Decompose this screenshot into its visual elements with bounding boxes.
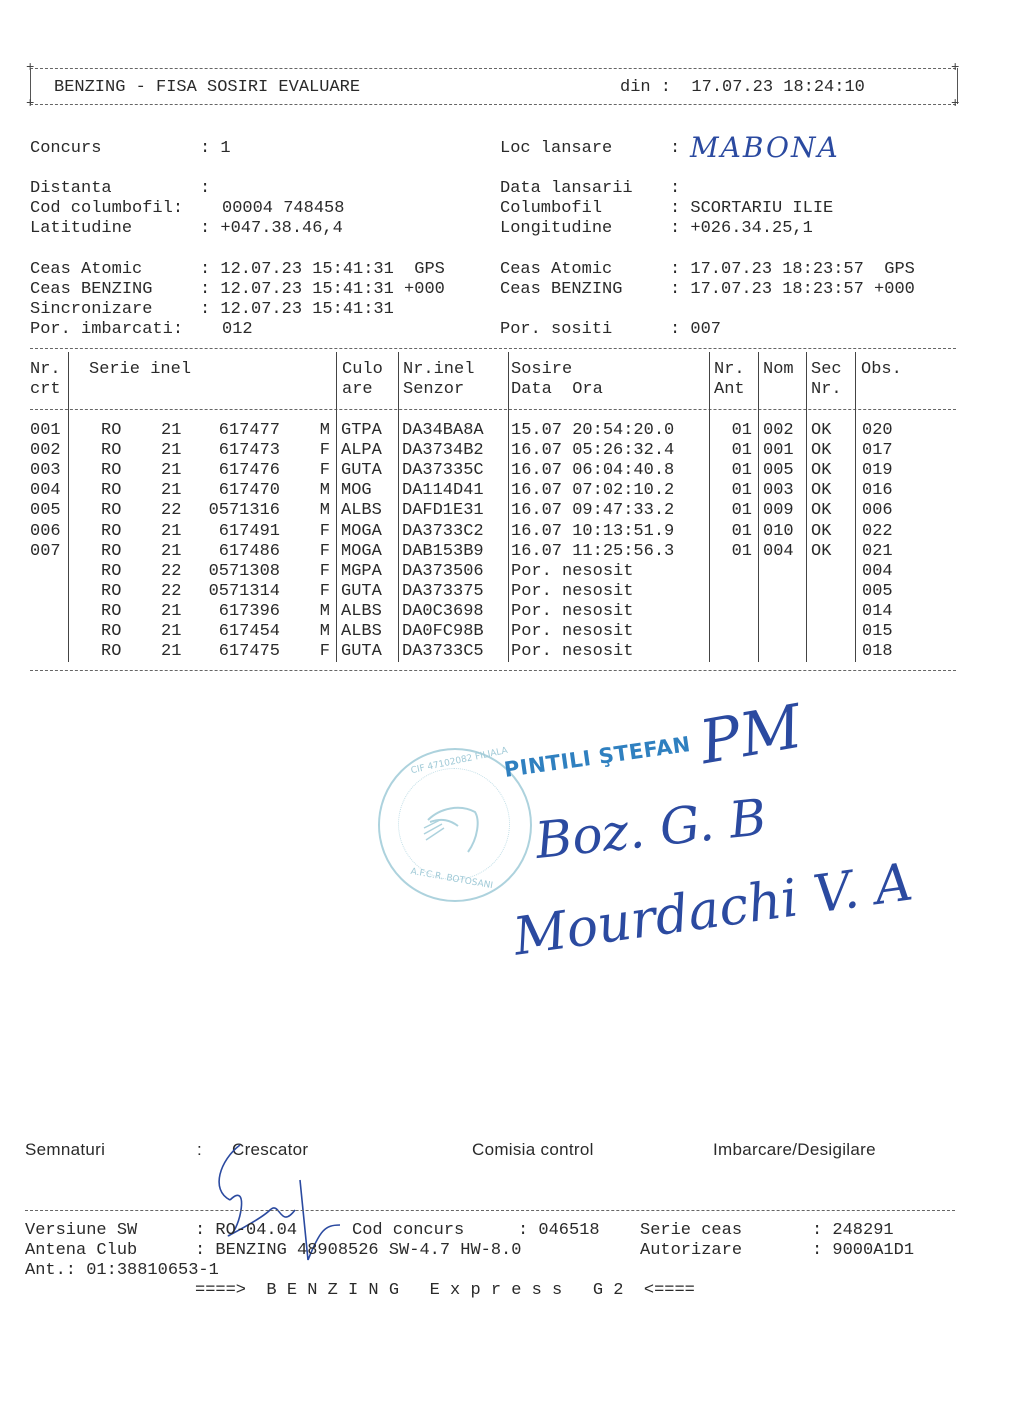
row-nr: 006 [30, 522, 61, 542]
obs: 006 [862, 501, 893, 521]
header-nr-inel: Nr.inel [403, 360, 474, 380]
arrival-time: 16.07 06:04:40.8 [511, 461, 674, 481]
antenna-nr: 01 [732, 441, 752, 461]
arrival-time: 16.07 07:02:10.2 [511, 481, 674, 501]
arrival-time: 15.07 20:54:20.0 [511, 421, 674, 441]
obs: 019 [862, 461, 893, 481]
latitudine-value: : +047.38.46,4 [200, 219, 343, 239]
concurs-value-text: 1 [220, 139, 230, 158]
antena-club-text: BENZING 48908526 SW-4.7 HW-8.0 [215, 1241, 521, 1260]
sec-status: OK [811, 441, 831, 461]
color: GUTA [341, 642, 382, 662]
ring-number: 0571308 [209, 562, 280, 582]
signature-3: Mourdachi V. A [510, 852, 916, 967]
ring-number: 617491 [219, 522, 280, 542]
ring-year: 21 [161, 481, 181, 501]
autorizare-value: : 9000A1D1 [812, 1241, 914, 1261]
por-imbarcati-label: Por. imbarcati: [30, 320, 183, 340]
obs: 018 [862, 642, 893, 662]
ceas-benzing-start-time: 12.07.23 15:41:31 [220, 280, 393, 299]
sincronizare-value: : 12.07.23 15:41:31 [200, 300, 394, 320]
col-divider [855, 352, 856, 662]
ring-year: 21 [161, 461, 181, 481]
ring-country: RO [101, 501, 121, 521]
ring-number: 617475 [219, 642, 280, 662]
antenna-nr: 01 [732, 522, 752, 542]
sec-status: OK [811, 542, 831, 562]
autorizare-text: 9000A1D1 [832, 1241, 914, 1260]
ceas-atomic-end-suffix: GPS [884, 260, 915, 279]
row-nr: 007 [30, 542, 61, 562]
cod-concurs-value: : 046518 [518, 1221, 600, 1241]
arrival-time: Por. nesosit [511, 562, 633, 582]
ring-country: RO [101, 461, 121, 481]
col-divider [398, 352, 399, 662]
ring-country: RO [101, 602, 121, 622]
latitudine-value-text: +047.38.46,4 [220, 219, 342, 238]
ring-year: 21 [161, 602, 181, 622]
arrival-time: Por. nesosit [511, 582, 633, 602]
ring-number: 617473 [219, 441, 280, 461]
sensor-id: DA373375 [402, 582, 484, 602]
ceas-atomic-start-suffix: GPS [414, 260, 445, 279]
col-divider [508, 352, 509, 662]
loc-lansare-value-handwritten: MABONA [690, 131, 840, 164]
ring-country: RO [101, 421, 121, 441]
ring-year: 22 [161, 501, 181, 521]
document-date: din : 17.07.23 18:24:10 [620, 78, 865, 98]
serie-ceas-value: : 248291 [812, 1221, 894, 1241]
obs: 017 [862, 441, 893, 461]
ceas-atomic-start-value: : 12.07.23 15:41:31 GPS [200, 260, 445, 280]
ceas-atomic-end-time: 17.07.23 18:23:57 [690, 260, 863, 279]
ring-number: 617454 [219, 622, 280, 642]
sex: F [320, 522, 330, 542]
col-divider [758, 352, 759, 662]
header-crt: crt [30, 380, 61, 400]
sensor-id: DA3733C5 [402, 642, 484, 662]
antena-club-label: Antena Club [25, 1241, 137, 1261]
arrival-time: 16.07 09:47:33.2 [511, 501, 674, 521]
ring-year: 21 [161, 542, 181, 562]
color: GUTA [341, 582, 382, 602]
header-bottom-border [30, 104, 956, 105]
ring-year: 21 [161, 441, 181, 461]
obs: 004 [862, 562, 893, 582]
arrival-time: Por. nesosit [511, 602, 633, 622]
nom: 005 [763, 461, 794, 481]
por-sositi-value: : 007 [670, 320, 721, 340]
signature-2: Boz. G. B [533, 788, 769, 870]
versiune-sw-text: RO-04.04 [215, 1221, 297, 1240]
obs: 014 [862, 602, 893, 622]
color: ALPA [341, 441, 382, 461]
serie-ceas-label: Serie ceas [640, 1221, 742, 1241]
header-culoare-2: are [342, 380, 373, 400]
row-nr: 001 [30, 421, 61, 441]
header-sec-nr: Nr. [811, 380, 842, 400]
sensor-id: DA114D41 [402, 481, 484, 501]
sensor-id: DA0C3698 [402, 602, 484, 622]
color: ALBS [341, 602, 382, 622]
obs: 021 [862, 542, 893, 562]
cod-columbofil-label: Cod columbofil: [30, 199, 183, 219]
sex: M [320, 602, 330, 622]
sex: F [320, 542, 330, 562]
ant-line: Ant.: 01:38810653-1 [25, 1261, 219, 1281]
pigeon-icon [420, 790, 490, 860]
ring-country: RO [101, 622, 121, 642]
loc-lansare-colon: : [670, 139, 680, 159]
date-value: 17.07.23 18:24:10 [691, 78, 864, 97]
corner: + [951, 97, 959, 111]
ring-number: 617470 [219, 481, 280, 501]
antenna-nr: 01 [732, 501, 752, 521]
concurs-label: Concurs [30, 139, 101, 158]
ceas-benzing-start-label: Ceas BENZING [30, 280, 152, 300]
ring-country: RO [101, 441, 121, 461]
ring-number: 617476 [219, 461, 280, 481]
sex: F [320, 642, 330, 662]
sec-status: OK [811, 501, 831, 521]
ring-number: 0571314 [209, 582, 280, 602]
sex: M [320, 481, 330, 501]
cod-columbofil-label-text: Cod columbofil [30, 199, 173, 218]
document-title: BENZING - FISA SOSIRI EVALUARE [54, 78, 360, 98]
col-divider [709, 352, 710, 662]
sex: F [320, 461, 330, 481]
sincronizare-time: 12.07.23 15:41:31 [220, 300, 393, 319]
ceas-atomic-start-label: Ceas Atomic [30, 260, 142, 280]
antenna-nr: 01 [732, 481, 752, 501]
comisia-label: Comisia control [472, 1140, 594, 1160]
ring-number: 617486 [219, 542, 280, 562]
sex: F [320, 562, 330, 582]
header-senzor: Senzor [403, 380, 464, 400]
row-nr: 004 [30, 481, 61, 501]
header-nr-ant: Nr. [714, 360, 745, 380]
ring-year: 21 [161, 622, 181, 642]
sensor-id: DA3733C2 [402, 522, 484, 542]
longitudine-value: : +026.34.25,1 [670, 219, 813, 239]
table-top-border [30, 348, 956, 349]
data-lansarii-value: : [670, 179, 690, 199]
longitudine-value-text: +026.34.25,1 [690, 219, 812, 238]
color: GTPA [341, 421, 382, 441]
antena-club-value: : BENZING 48908526 SW-4.7 HW-8.0 [195, 1241, 521, 1261]
header-serie-inel: Serie inel [89, 360, 191, 380]
col-divider [806, 352, 807, 662]
color: MOGA [341, 522, 382, 542]
autorizare-label: Autorizare [640, 1241, 742, 1261]
header-obs: Obs. [861, 360, 902, 380]
antenna-nr: 01 [732, 542, 752, 562]
sensor-id: DA37335C [402, 461, 484, 481]
ceas-atomic-end-value: : 17.07.23 18:23:57 GPS [670, 260, 915, 280]
por-imbarcati-value: 012 [222, 320, 253, 340]
antenna-nr: 01 [732, 461, 752, 481]
ring-country: RO [101, 522, 121, 542]
cod-columbofil-value: 00004 748458 [222, 199, 344, 219]
ring-country: RO [101, 562, 121, 582]
color: MGPA [341, 562, 382, 582]
footer-divider [25, 1210, 955, 1211]
header-culoare-1: Culo [342, 360, 383, 380]
sensor-id: DA0FC98B [402, 622, 484, 642]
sensor-id: DAFD1E31 [402, 501, 484, 521]
ceas-benzing-start-suffix: +000 [404, 280, 445, 299]
nom: 004 [763, 542, 794, 562]
columbofil-value: : SCORTARIU ILIE [670, 199, 833, 219]
loc-lansare-label: Loc lansare [500, 139, 612, 159]
sec-status: OK [811, 522, 831, 542]
corner: + [26, 97, 34, 111]
imbarcare-label: Imbarcare/Desigilare [713, 1140, 876, 1160]
cod-concurs-label: Cod concurs [352, 1221, 464, 1241]
nom: 003 [763, 481, 794, 501]
nom: 002 [763, 421, 794, 441]
ring-country: RO [101, 542, 121, 562]
ring-year: 21 [161, 421, 181, 441]
color: MOGA [341, 542, 382, 562]
sensor-id: DAB153B9 [402, 542, 484, 562]
header-ant: Ant [714, 380, 745, 400]
official-name-stamp: PINTILI ŞTEFAN [503, 732, 692, 782]
obs: 015 [862, 622, 893, 642]
ring-number: 617477 [219, 421, 280, 441]
columbofil-label: Columbofil [500, 199, 602, 219]
ring-year: 21 [161, 642, 181, 662]
obs: 020 [862, 421, 893, 441]
col-divider [336, 352, 337, 662]
color: ALBS [341, 622, 382, 642]
sensor-id: DA34BA8A [402, 421, 484, 441]
benzing-express-banner: ====> B E N Z I N G E x p r e s s G 2 <=… [195, 1281, 695, 1301]
color: MOG [341, 481, 372, 501]
por-imbarcati-label-text: Por. imbarcati [30, 320, 173, 339]
longitudine-label: Longitudine [500, 219, 612, 239]
ring-year: 22 [161, 562, 181, 582]
color: ALBS [341, 501, 382, 521]
por-sositi-count: 007 [690, 320, 721, 339]
row-nr: 005 [30, 501, 61, 521]
obs: 016 [862, 481, 893, 501]
serie-ceas-text: 248291 [832, 1221, 893, 1240]
ceas-benzing-end-time: 17.07.23 18:23:57 [690, 280, 863, 299]
nom: 010 [763, 522, 794, 542]
ring-country: RO [101, 481, 121, 501]
sec-status: OK [811, 421, 831, 441]
arrival-time: 16.07 10:13:51.9 [511, 522, 674, 542]
row-nr: 003 [30, 461, 61, 481]
cod-concurs-text: 046518 [538, 1221, 599, 1240]
arrival-time: 16.07 05:26:32.4 [511, 441, 674, 461]
date-label: din : [620, 78, 671, 97]
ring-country: RO [101, 642, 121, 662]
nom: 009 [763, 501, 794, 521]
ceas-benzing-end-suffix: +000 [874, 280, 915, 299]
sensor-id: DA373506 [402, 562, 484, 582]
ceas-benzing-end-value: : 17.07.23 18:23:57 +000 [670, 280, 915, 300]
arrival-time: Por. nesosit [511, 642, 633, 662]
versiune-sw-label: Versiune SW [25, 1221, 137, 1241]
sincronizare-label: Sincronizare [30, 300, 152, 320]
ceas-atomic-end-label: Ceas Atomic [500, 260, 612, 280]
sec-status: OK [811, 481, 831, 501]
table-bottom-border [30, 670, 956, 671]
col-divider [68, 352, 69, 662]
nom: 001 [763, 441, 794, 461]
versiune-sw-value: : RO-04.04 [195, 1221, 297, 1241]
distanta-value: : [200, 179, 220, 199]
table-header-border [30, 409, 956, 410]
distanta-label: Distanta [30, 179, 112, 199]
ceas-benzing-start-value: : 12.07.23 15:41:31 +000 [200, 280, 445, 300]
row-nr: 002 [30, 441, 61, 461]
arrival-time: Por. nesosit [511, 622, 633, 642]
ceas-benzing-end-label: Ceas BENZING [500, 280, 622, 300]
sex: F [320, 582, 330, 602]
color: GUTA [341, 461, 382, 481]
sensor-id: DA3734B2 [402, 441, 484, 461]
header-sosire: Sosire [511, 360, 572, 380]
sec-status: OK [811, 461, 831, 481]
data-lansarii-label: Data lansarii [500, 179, 633, 199]
ring-year: 22 [161, 582, 181, 602]
ring-country: RO [101, 582, 121, 602]
semnaturi-label: Semnaturi [25, 1140, 105, 1160]
header-nr: Nr. [30, 360, 61, 380]
antenna-nr: 01 [732, 421, 752, 441]
ring-year: 21 [161, 522, 181, 542]
latitudine-label: Latitudine [30, 219, 132, 239]
signature-1: PM [695, 692, 807, 779]
concurs-value: : 1 [200, 139, 231, 159]
header-sec: Sec [811, 360, 842, 380]
ring-number: 0571316 [209, 501, 280, 521]
sex: F [320, 441, 330, 461]
ring-number: 617396 [219, 602, 280, 622]
sex: M [320, 622, 330, 642]
columbofil-name: SCORTARIU ILIE [690, 199, 833, 218]
sex: M [320, 421, 330, 441]
arrival-time: 16.07 11:25:56.3 [511, 542, 674, 562]
header-nom: Nom [763, 360, 794, 380]
concurs-field: Concurs [30, 139, 101, 159]
obs: 005 [862, 582, 893, 602]
header-data-ora: Data Ora [511, 380, 603, 400]
obs: 022 [862, 522, 893, 542]
por-sositi-label: Por. sositi [500, 320, 612, 340]
ceas-atomic-start-time: 12.07.23 15:41:31 [220, 260, 393, 279]
sex: M [320, 501, 330, 521]
